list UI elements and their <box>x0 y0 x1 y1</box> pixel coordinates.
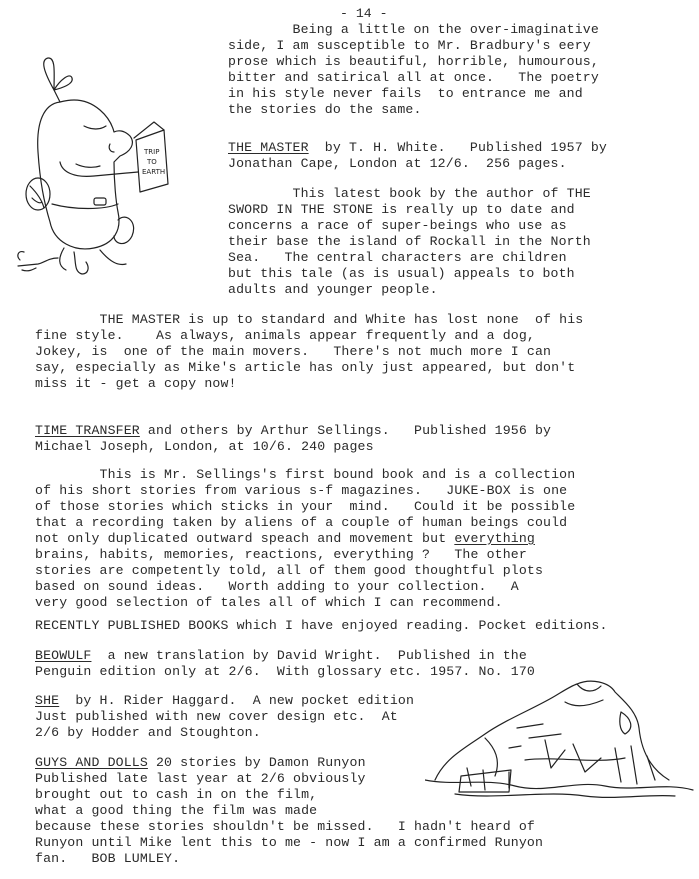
text-line: based on sound ideas. Worth adding to yo… <box>35 579 519 595</box>
review-heading: THE MASTER by T. H. White. Published 195… <box>228 140 607 156</box>
heading-details: by T. H. White. Published 1957 by <box>309 140 607 155</box>
text-line: Jokey, is one of the main movers. There'… <box>35 344 551 360</box>
text-line: stories are competently told, all of the… <box>35 563 543 579</box>
text-line: 2/6 by Hodder and Stoughton. <box>35 725 261 741</box>
text-line: THE MASTER is up to standard and White h… <box>35 312 583 328</box>
text-line: what a good thing the film was made <box>35 803 317 819</box>
heading-details: Jonathan Cape, London at 12/6. 256 pages… <box>228 156 567 172</box>
book-label-line-1: TRIP <box>143 148 159 156</box>
text-line: their base the island of Rockall in the … <box>228 234 591 250</box>
book-label-line-3: EARTH <box>142 168 165 176</box>
text-line: Sea. The central characters are children <box>228 250 567 266</box>
text-line: that a recording taken by aliens of a co… <box>35 515 567 531</box>
propeller-icon <box>44 58 72 90</box>
text-line: not only duplicated outward speach and m… <box>35 531 535 547</box>
page-number: - 14 - <box>340 6 387 22</box>
review-heading: TIME TRANSFER and others by Arthur Selli… <box>35 423 551 439</box>
rock-island-illustration <box>425 668 695 803</box>
exhaust-puff-icon <box>18 252 58 271</box>
text-line: prose which is beautiful, horrible, humo… <box>228 54 599 70</box>
text-line: but this tale (as is usual) appeals to b… <box>228 266 575 282</box>
review-heading: GUYS AND DOLLS 20 stories by Damon Runyo… <box>35 755 366 771</box>
text-line: side, I am susceptible to Mr. Bradbury's… <box>228 38 591 54</box>
heading-details: a new translation by David Wright. Publi… <box>91 648 526 663</box>
book-title: BEOWULF <box>35 648 91 663</box>
text-line: SWORD IN THE STONE is really up to date … <box>228 202 575 218</box>
book-title: GUYS AND DOLLS <box>35 755 148 770</box>
text-line: Published late last year at 2/6 obviousl… <box>35 771 366 787</box>
text-line: Just published with new cover design etc… <box>35 709 398 725</box>
text-line: because these stories shouldn't be misse… <box>35 819 535 835</box>
heading-details: and others by Arthur Sellings. Published… <box>140 423 551 438</box>
text-line: the stories do the same. <box>228 102 422 118</box>
heading-details: 20 stories by Damon Runyon <box>148 755 366 770</box>
text-segment: not only duplicated outward speach and m… <box>35 531 454 546</box>
review-heading: BEOWULF a new translation by David Wrigh… <box>35 648 527 664</box>
review-heading: SHE by H. Rider Haggard. A new pocket ed… <box>35 693 414 709</box>
book-label-line-2: TO <box>146 158 157 166</box>
typewritten-page: - 14 - TRIP TO EARTH Being a little on t… <box>0 0 699 879</box>
text-line: Being a little on the over-imaginative <box>228 22 599 38</box>
text-line: This latest book by the author of THE <box>228 186 591 202</box>
text-line: brought out to cash in on the film, <box>35 787 317 803</box>
creature-illustration: TRIP TO EARTH <box>14 52 214 292</box>
text-line: of those stories which sticks in your mi… <box>35 499 575 515</box>
text-line: in his style never fails to entrance me … <box>228 86 583 102</box>
signature-line: fan. BOB LUMLEY. <box>35 851 180 867</box>
book-title: SHE <box>35 693 59 708</box>
text-line: concerns a race of super-beings who use … <box>228 218 567 234</box>
text-line: This is Mr. Sellings's first bound book … <box>35 467 575 483</box>
text-line: miss it - get a copy now! <box>35 376 237 392</box>
text-line: bitter and satirical all at once. The po… <box>228 70 599 86</box>
heading-details: Michael Joseph, London, at 10/6. 240 pag… <box>35 439 374 455</box>
heading-details: by H. Rider Haggard. A new pocket editio… <box>59 693 414 708</box>
text-line: Runyon until Mike lent this to me - now … <box>35 835 543 851</box>
text-line: fine style. As always, animals appear fr… <box>35 328 535 344</box>
text-line: say, especially as Mike's article has on… <box>35 360 575 376</box>
text-line: of his short stories from various s-f ma… <box>35 483 567 499</box>
emphasized-word: everything <box>454 531 535 546</box>
section-heading-recently-published: RECENTLY PUBLISHED BOOKS which I have en… <box>35 618 608 634</box>
text-line: brains, habits, memories, reactions, eve… <box>35 547 527 563</box>
text-line: adults and younger people. <box>228 282 438 298</box>
text-line: very good selection of tales all of whic… <box>35 595 503 611</box>
book-title: TIME TRANSFER <box>35 423 140 438</box>
book-title: THE MASTER <box>228 140 309 155</box>
